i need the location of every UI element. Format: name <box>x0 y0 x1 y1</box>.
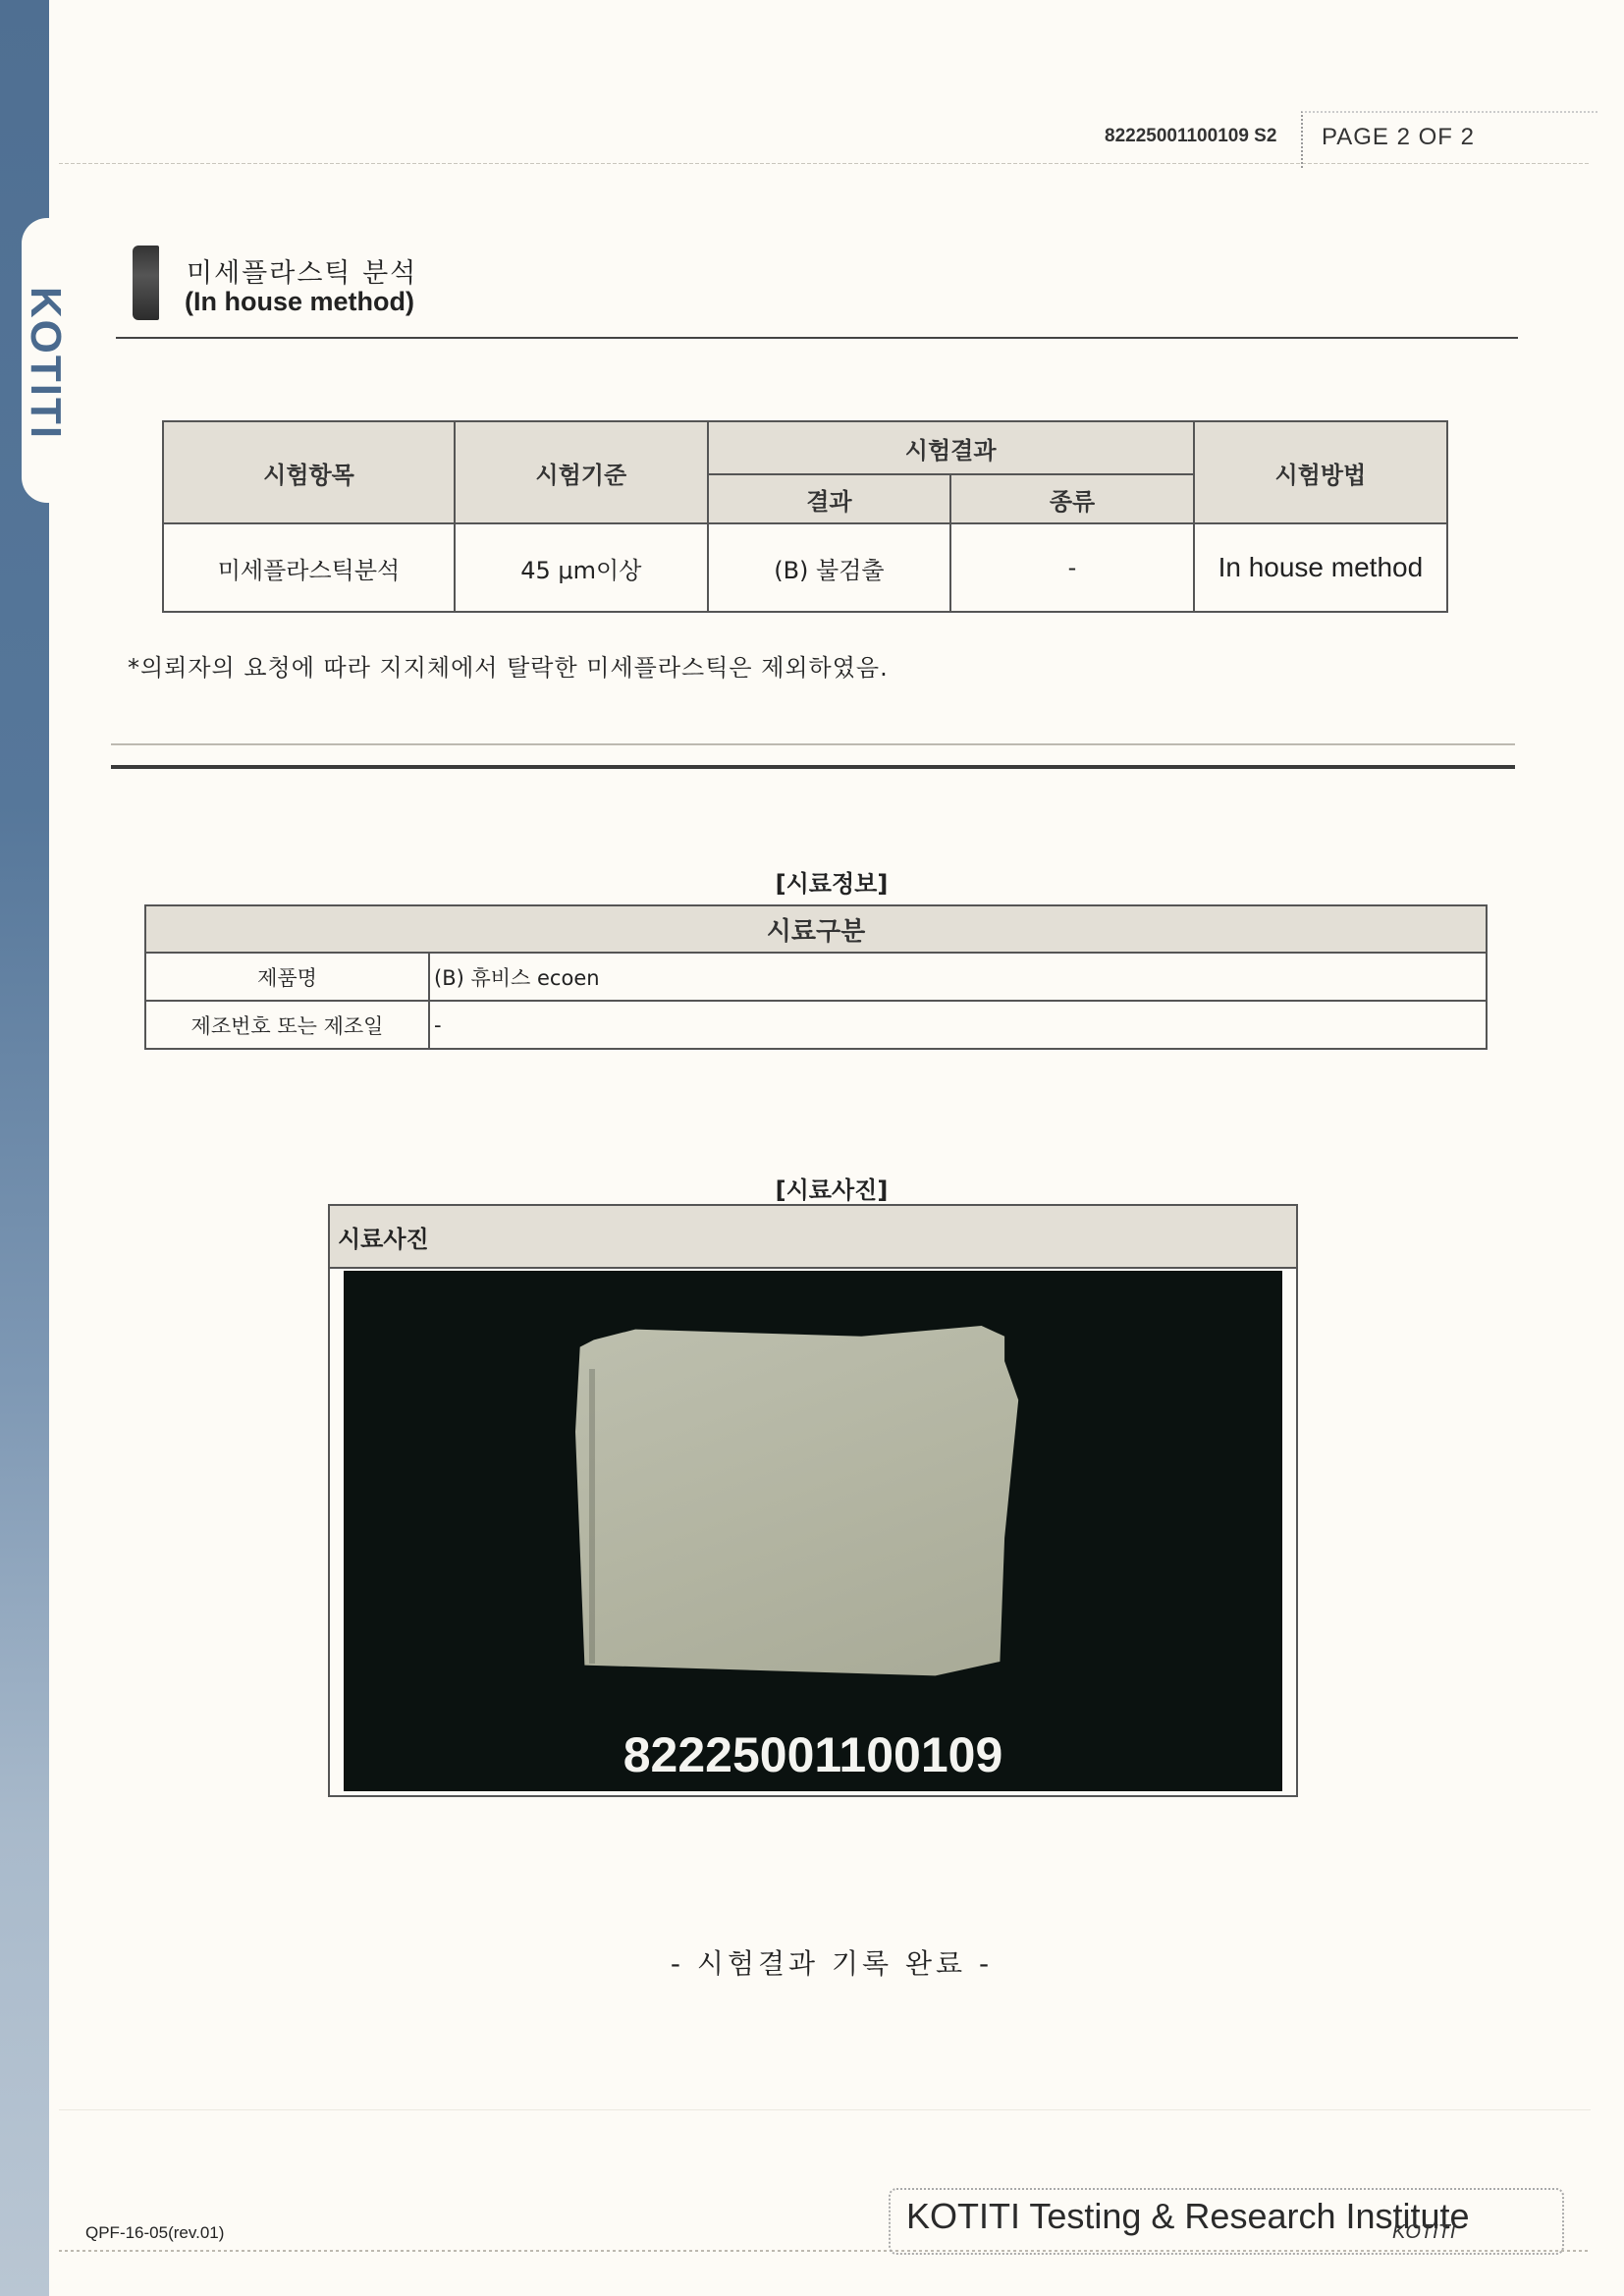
end-of-report: - 시험결과 기록 완료 - <box>0 1942 1624 1982</box>
section-subtitle: (In house method) <box>185 287 414 317</box>
sample-photo: 82225001100109 <box>344 1271 1282 1791</box>
table-row: 미세플라스틱분석 45 μm이상 (B) 불검출 - In house meth… <box>163 523 1447 612</box>
table-row: 제품명 (B) 휴비스 ecoen <box>145 953 1487 1001</box>
cell-type: - <box>950 523 1194 612</box>
sample-photo-panel: 시료사진 82225001100109 <box>328 1204 1298 1797</box>
logo-text: KOTITI <box>21 287 70 440</box>
fabric-fold <box>589 1369 595 1664</box>
cell-result: (B) 불검출 <box>708 523 951 612</box>
header-result: 결과 <box>708 474 951 523</box>
sample-photo-header: 시료사진 <box>330 1206 1296 1269</box>
institute-name: KOTITI Testing & Research Institute <box>906 2196 1470 2237</box>
divider-thin <box>111 743 1515 745</box>
fabric-sample-image <box>575 1326 1037 1679</box>
section-marker-icon <box>133 246 159 320</box>
form-code: QPF-16-05(rev.01) <box>85 2223 224 2243</box>
photo-sample-id: 82225001100109 <box>344 1726 1282 1783</box>
product-name-value: (B) 휴비스 ecoen <box>429 953 1487 1001</box>
institute-signature: KOTITI <box>1392 2221 1455 2244</box>
sample-info-header: 시료구분 <box>145 905 1487 953</box>
cell-test-item: 미세플라스틱분석 <box>163 523 455 612</box>
sample-info-table: 시료구분 제품명 (B) 휴비스 ecoen 제조번호 또는 제조일 - <box>144 904 1488 1050</box>
divider-thick <box>111 765 1515 769</box>
lot-date-label: 제조번호 또는 제조일 <box>145 1001 429 1049</box>
header-test-result: 시험결과 <box>708 421 1194 474</box>
cell-test-method: In house method <box>1194 523 1447 612</box>
header-test-standard: 시험기준 <box>455 421 708 523</box>
page-indicator: PAGE 2 OF 2 <box>1322 124 1475 151</box>
header-test-method: 시험방법 <box>1194 421 1447 523</box>
footer-divider-top <box>59 2109 1591 2110</box>
section-divider <box>116 337 1518 339</box>
product-name-label: 제품명 <box>145 953 429 1001</box>
table-row: 제조번호 또는 제조일 - <box>145 1001 1487 1049</box>
header-test-item: 시험항목 <box>163 421 455 523</box>
sample-photo-caption: [시료사진] <box>0 1171 1624 1205</box>
lot-date-value: - <box>429 1001 1487 1049</box>
sample-info-caption: [시료정보] <box>0 864 1624 899</box>
footnote: *의뢰자의 요청에 따라 지지체에서 탈락한 미세플라스틱은 제외하였음. <box>128 648 889 683</box>
kotiti-logo: KOTITI <box>26 265 65 462</box>
report-number: 82225001100109 S2 <box>1105 126 1276 147</box>
result-table: 시험항목 시험기준 시험결과 시험방법 결과 종류 미세플라스틱분석 45 μm… <box>162 420 1448 613</box>
cell-test-standard: 45 μm이상 <box>455 523 708 612</box>
section-title: 미세플라스틱 분석 <box>187 251 417 290</box>
header-type: 종류 <box>950 474 1194 523</box>
